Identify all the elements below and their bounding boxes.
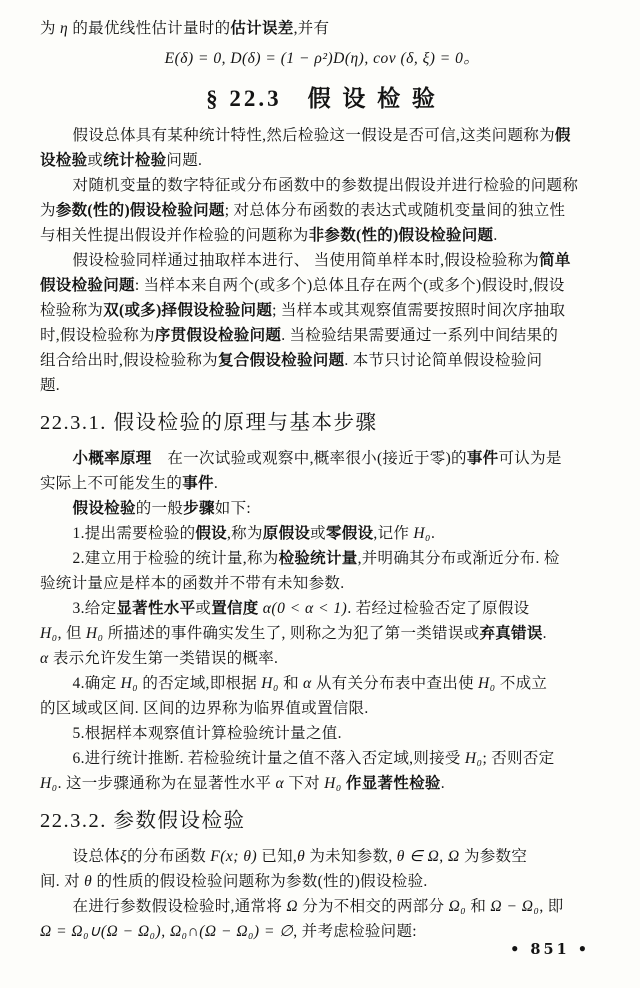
scanned-book-page: 为 η 的最优线性估计量时的估计误差,并有E(δ) = 0, D(δ) = (1… bbox=[0, 0, 640, 988]
text-segment: 假 bbox=[555, 127, 571, 144]
text-line: 2.建立用于检验的统计量,称为检验统计量,并明确其分布或渐近分布. 检 bbox=[40, 546, 604, 571]
text-segment: 题. bbox=[40, 377, 60, 394]
text-segment: 序贯假设检验问题 bbox=[155, 327, 281, 344]
text-segment: 从有关分布表中查出使 bbox=[312, 675, 478, 692]
text-segment: 时,假设检验称为 bbox=[40, 327, 155, 344]
text-line: 实际上不可能发生的事件. bbox=[40, 471, 604, 496]
text-segment: 弃真错误 bbox=[479, 625, 542, 642]
text-segment: 与相关性提出假设并作检验的问题称为 bbox=[40, 227, 309, 244]
text-segment: 设检验 bbox=[40, 152, 87, 169]
text-segment: 分为不相交的两部分 bbox=[298, 898, 449, 915]
text-line: 间. 对 θ 的性质的假设检验问题称为参数(性的)假设检验. bbox=[40, 869, 604, 894]
text-segment: . bbox=[493, 227, 497, 244]
text-segment: 事件 bbox=[467, 450, 499, 467]
text-segment: 设总体 bbox=[73, 848, 120, 865]
text-segment: 验统计量应是样本的函数并不带有未知参数. bbox=[40, 575, 344, 592]
text-segment: 已知, bbox=[257, 848, 297, 865]
text-segment: 检验统计量 bbox=[279, 550, 358, 567]
text-segment: 假设检验同样通过抽取样本进行、 当使用简单样本时,假设检验称为 bbox=[73, 252, 540, 269]
text-segment: 事件 bbox=[182, 475, 214, 492]
page-content: 为 η 的最优线性估计量时的估计误差,并有E(δ) = 0, D(δ) = (1… bbox=[40, 16, 604, 944]
text-line: 设总体ξ的分布函数 F(x; θ) 已知,θ 为未知参数, θ ∈ Ω, Ω 为… bbox=[40, 844, 604, 869]
text-segment: 或 bbox=[195, 600, 211, 617]
text-segment: 2.建立用于检验的统计量,称为 bbox=[73, 550, 279, 567]
text-segment: ; 否则否定 bbox=[482, 750, 554, 767]
text-line: 对随机变量的数字特征或分布函数中的参数提出假设并进行检验的问题称 bbox=[40, 173, 604, 198]
chapter-heading: § 22.3 假 设 检 验 bbox=[40, 81, 604, 117]
text-segment: 非参数(性的)假设检验问题 bbox=[309, 227, 494, 244]
text-segment: 的一般 bbox=[136, 500, 183, 517]
text-segment: 间. 对 bbox=[40, 873, 84, 890]
text-segment: 在进行参数假设检验时,通常将 bbox=[73, 898, 287, 915]
text-line: 在进行参数假设检验时,通常将 Ω 分为不相交的两部分 Ω₀ 和 Ω − Ω₀, … bbox=[40, 894, 604, 919]
text-segment: 表示允许发生第一类错误的概率. bbox=[49, 650, 279, 667]
text-segment: , 但 bbox=[58, 625, 86, 642]
text-segment: 和 bbox=[279, 675, 303, 692]
text-segment: 复合假设检验问题 bbox=[218, 352, 344, 369]
text-line: 假设检验的一般步骤如下: bbox=[40, 496, 604, 521]
text-segment: 的区域或区间. 区间的边界称为临界值或置信限. bbox=[40, 700, 369, 717]
text-line: 时,假设检验称为序贯假设检验问题. 当检验结果需要通过一系列中间结果的 bbox=[40, 323, 604, 348]
math-segment: H₀ bbox=[261, 675, 279, 692]
text-segment: 下对 bbox=[284, 775, 324, 792]
section-heading: 22.3.1. 假设检验的原理与基本步骤 bbox=[40, 407, 604, 439]
text-line: 假设检验同样通过抽取样本进行、 当使用简单样本时,假设检验称为简单 bbox=[40, 248, 604, 273]
text-segment: 简单 bbox=[539, 252, 571, 269]
math-segment: H₀ bbox=[40, 775, 58, 792]
text-segment: , 并考虑检验问题: bbox=[293, 923, 417, 940]
text-segment: 假设检验问题 bbox=[40, 277, 135, 294]
text-line: 设检验或统计检验问题. bbox=[40, 148, 604, 173]
text-segment: 3.给定 bbox=[73, 600, 117, 617]
math-segment: H₀ bbox=[40, 625, 58, 642]
text-segment: 的最优线性估计量时的 bbox=[68, 20, 230, 37]
text-segment: . bbox=[431, 525, 435, 542]
text-line: 为参数(性的)假设检验问题; 对总体分布函数的表达式或随机变量间的独立性 bbox=[40, 198, 604, 223]
math-segment: α bbox=[40, 650, 49, 667]
text-segment: ,并有 bbox=[294, 20, 330, 37]
text-segment: 4.确定 bbox=[73, 675, 121, 692]
text-segment: 步骤 bbox=[183, 500, 215, 517]
text-segment: 零假设 bbox=[326, 525, 373, 542]
text-segment: 原假设 bbox=[263, 525, 310, 542]
text-line: 3.给定显著性水平或置信度 α(0 < α < 1). 若经过检验否定了原假设 bbox=[40, 596, 604, 621]
text-segment: 为未知参数, bbox=[305, 848, 397, 865]
text-segment: 问题. bbox=[166, 152, 202, 169]
text-segment: 假设总体具有某种统计特性,然后检验这一假设是否可信,这类问题称为 bbox=[73, 127, 555, 144]
text-segment: 和 bbox=[466, 898, 490, 915]
math-segment: θ bbox=[297, 848, 305, 865]
text-line: 5.根据样本观察值计算检验统计量之值. bbox=[40, 721, 604, 746]
text-segment: 参数(性的)假设检验问题 bbox=[56, 202, 225, 219]
text-segment: ,并明确其分布或渐近分布. 检 bbox=[358, 550, 560, 567]
math-segment: H₀ bbox=[86, 625, 104, 642]
text-segment: 置信度 bbox=[211, 600, 258, 617]
text-segment: 22.3.2. 参数假设检验 bbox=[40, 810, 246, 832]
text-segment: 或 bbox=[87, 152, 103, 169]
text-segment: 在一次试验或观察中,概率很小(接近于零)的 bbox=[152, 450, 467, 467]
text-segment: 估计误差 bbox=[230, 20, 293, 37]
text-segment: 对随机变量的数字特征或分布函数中的参数提出假设并进行检验的问题称 bbox=[73, 177, 579, 194]
text-segment: , 即 bbox=[539, 898, 563, 915]
text-segment: . 本节只讨论简单假设检验问 bbox=[344, 352, 542, 369]
math-segment: H₀ bbox=[465, 750, 483, 767]
text-segment: 所描述的事件确实发生了, 则称之为犯了第一类错误或 bbox=[104, 625, 480, 642]
math-segment: Ω − Ω₀ bbox=[490, 898, 539, 915]
text-line: 假设检验问题: 当样本来自两个(或多个)总体且存在两个(或多个)假设时,假设 bbox=[40, 273, 604, 298]
text-segment: 假设检验 bbox=[73, 500, 136, 517]
text-segment: 小概率原理 bbox=[73, 450, 152, 467]
text-segment: ; 当样本或其观察值需要按照时间次序抽取 bbox=[272, 302, 565, 319]
math-segment: α bbox=[276, 775, 285, 792]
text-segment: 假设 bbox=[195, 525, 227, 542]
text-line: 验统计量应是样本的函数并不带有未知参数. bbox=[40, 571, 604, 596]
text-segment: 6.进行统计推断. 若检验统计量之值不落入否定域,则接受 bbox=[73, 750, 465, 767]
page-number: • 851 • bbox=[510, 941, 590, 958]
text-segment: . bbox=[214, 475, 218, 492]
text-segment: . 若经过检验否定了原假设 bbox=[347, 600, 529, 617]
math-segment: θ ∈ Ω, Ω bbox=[397, 848, 460, 865]
text-segment: 1.提出需要检验的 bbox=[73, 525, 196, 542]
text-segment: 22.3.1. 假设检验的原理与基本步骤 bbox=[40, 412, 378, 434]
text-line: 假设总体具有某种统计特性,然后检验这一假设是否可信,这类问题称为假 bbox=[40, 123, 604, 148]
text-segment: 的分布函数 bbox=[127, 848, 210, 865]
math-segment: H₀ bbox=[121, 675, 139, 692]
text-segment: § 22.3 假 设 检 验 bbox=[206, 86, 438, 111]
text-segment: ; 对总体分布函数的表达式或随机变量间的独立性 bbox=[225, 202, 566, 219]
text-segment: 如下: bbox=[215, 500, 251, 517]
text-segment: 的否定域,即根据 bbox=[138, 675, 261, 692]
math-segment: α bbox=[303, 675, 312, 692]
math-segment: E(δ) = 0, D(δ) = (1 − ρ²)D(η), cov (δ, ξ… bbox=[165, 50, 480, 67]
text-segment: 统计检验 bbox=[103, 152, 166, 169]
text-segment: 或 bbox=[310, 525, 326, 542]
text-segment: ,记作 bbox=[373, 525, 413, 542]
text-line: 4.确定 H₀ 的否定域,即根据 H₀ 和 α 从有关分布表中查出使 H₀ 不成… bbox=[40, 671, 604, 696]
text-line: 为 η 的最优线性估计量时的估计误差,并有 bbox=[40, 16, 604, 41]
text-line: 1.提出需要检验的假设,称为原假设或零假设,记作 H₀. bbox=[40, 521, 604, 546]
text-line: H₀, 但 H₀ 所描述的事件确实发生了, 则称之为犯了第一类错误或弃真错误. bbox=[40, 621, 604, 646]
math-segment: H₀ bbox=[413, 525, 431, 542]
text-segment: 组合给出时,假设检验称为 bbox=[40, 352, 218, 369]
math-segment: F(x; θ) bbox=[210, 848, 257, 865]
formula-line: E(δ) = 0, D(δ) = (1 − ρ²)D(η), cov (δ, ξ… bbox=[40, 43, 604, 75]
math-segment: Ω = Ω₀∪(Ω − Ω₀), Ω₀∩(Ω − Ω₀) = ∅ bbox=[40, 923, 293, 940]
math-segment: α(0 < α < 1) bbox=[263, 600, 348, 617]
text-line: 题. bbox=[40, 373, 604, 398]
math-segment: η bbox=[60, 20, 68, 37]
math-segment: H₀ bbox=[478, 675, 496, 692]
text-segment: 可认为是 bbox=[498, 450, 561, 467]
text-segment: 双(或多)择假设检验问题 bbox=[103, 302, 272, 319]
text-line: 6.进行统计推断. 若检验统计量之值不落入否定域,则接受 H₀; 否则否定 bbox=[40, 746, 604, 771]
text-segment: 实际上不可能发生的 bbox=[40, 475, 182, 492]
text-segment: 的性质的假设检验问题称为参数(性的)假设检验. bbox=[92, 873, 427, 890]
math-segment: Ω₀ bbox=[449, 898, 467, 915]
text-line: 与相关性提出假设并作检验的问题称为非参数(性的)假设检验问题. bbox=[40, 223, 604, 248]
text-segment: 为 bbox=[40, 202, 56, 219]
text-line: 组合给出时,假设检验称为复合假设检验问题. 本节只讨论简单假设检验问 bbox=[40, 348, 604, 373]
text-segment: 为 bbox=[40, 20, 60, 37]
text-segment: . bbox=[543, 625, 547, 642]
text-line: 小概率原理 在一次试验或观察中,概率很小(接近于零)的事件可认为是 bbox=[40, 446, 604, 471]
math-segment: Ω bbox=[286, 898, 298, 915]
text-segment: 不成立 bbox=[496, 675, 548, 692]
text-line: H₀. 这一步骤通称为在显著性水平 α 下对 H₀ 作显著性检验. bbox=[40, 771, 604, 796]
text-line: α 表示允许发生第一类错误的概率. bbox=[40, 646, 604, 671]
text-segment: : 当样本来自两个(或多个)总体且存在两个(或多个)假设时,假设 bbox=[135, 277, 565, 294]
text-segment: . bbox=[441, 775, 445, 792]
section-heading: 22.3.2. 参数假设检验 bbox=[40, 805, 604, 837]
text-segment: . 当检验结果需要通过一系列中间结果的 bbox=[281, 327, 558, 344]
text-line: 检验称为双(或多)择假设检验问题; 当样本或其观察值需要按照时间次序抽取 bbox=[40, 298, 604, 323]
text-segment: ,称为 bbox=[227, 525, 263, 542]
text-segment: . 这一步骤通称为在显著性水平 bbox=[58, 775, 276, 792]
text-segment: 显著性水平 bbox=[116, 600, 195, 617]
text-segment: 为参数空 bbox=[460, 848, 527, 865]
text-segment: 5.根据样本观察值计算检验统计量之值. bbox=[73, 725, 342, 742]
text-segment: 检验称为 bbox=[40, 302, 103, 319]
math-segment: H₀ bbox=[324, 775, 342, 792]
text-line: 的区域或区间. 区间的边界称为临界值或置信限. bbox=[40, 696, 604, 721]
text-segment: 作显著性检验 bbox=[346, 775, 441, 792]
